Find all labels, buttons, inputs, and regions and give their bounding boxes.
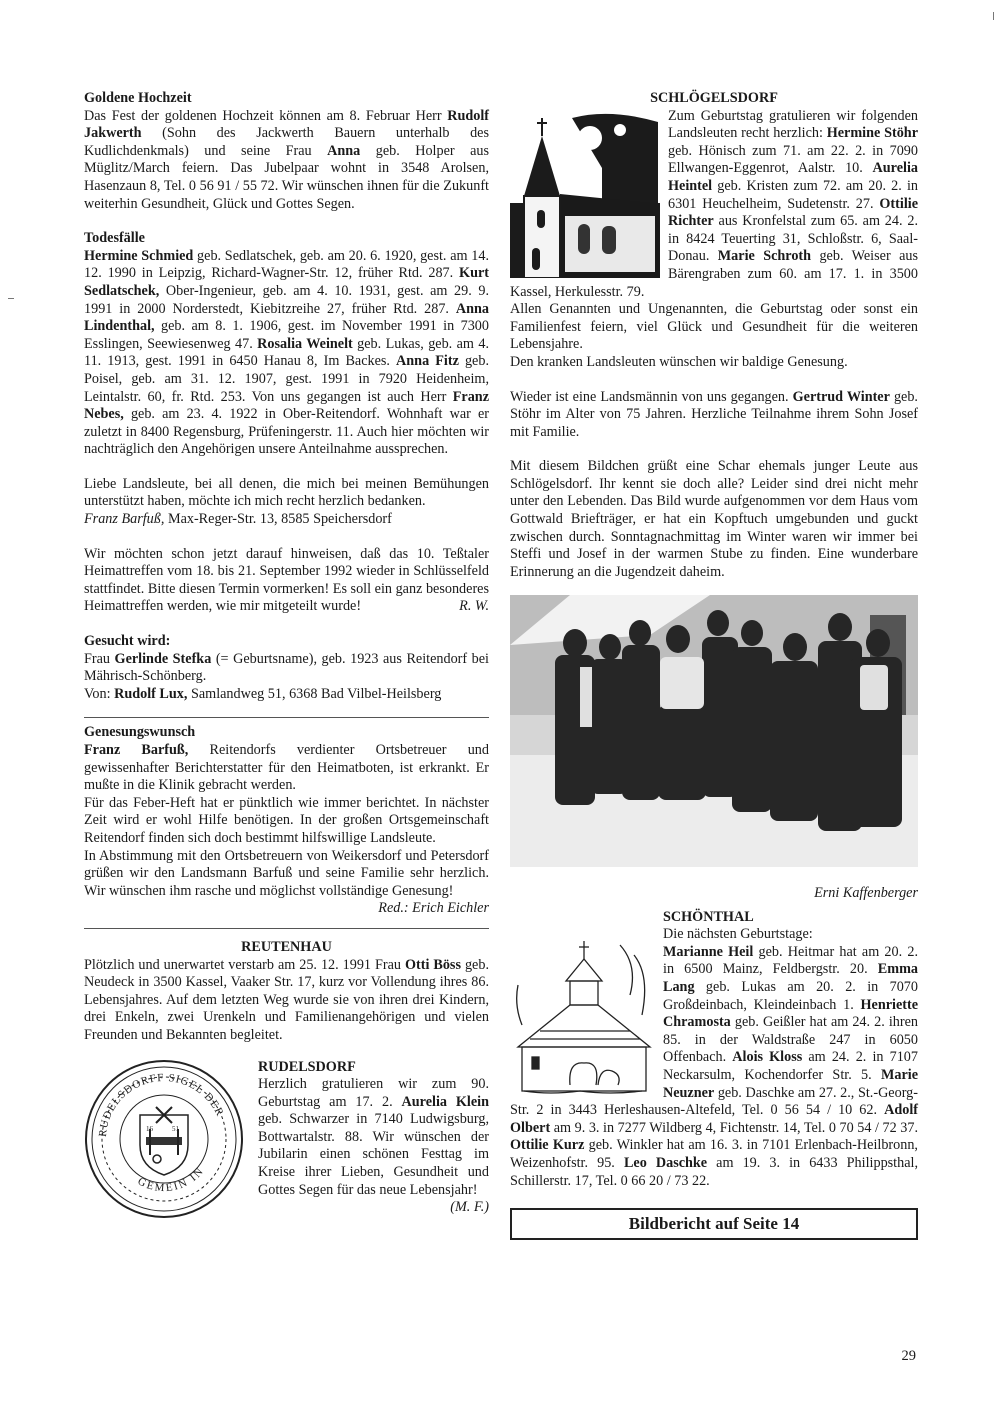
- text: In Abstimmung mit den Ortsbetreuern von …: [84, 848, 489, 899]
- heading-gesucht: Gesucht wird:: [84, 633, 489, 651]
- signature-line: Franz Barfuß, Max-Reger-Str. 13, 8585 Sp…: [84, 511, 489, 529]
- name-bold: Leo Daschke: [624, 1155, 707, 1171]
- name-bold: Hermine Schmied: [84, 248, 193, 264]
- name-bold: Gerlinde Stefka: [115, 651, 212, 667]
- text: Frau Gerlinde Stefka (= Geburtsname), ge…: [84, 651, 489, 686]
- heading-schloegelsdorf: SCHLÖGELSDORF: [510, 90, 918, 108]
- text: am 9. 3. in 7277 Wildberg 4, Fichtenstr.…: [550, 1120, 918, 1136]
- text: Liebe Landsleute, bei all denen, die mic…: [84, 476, 489, 511]
- name-bold: Marie Schroth: [718, 248, 811, 264]
- corner-mark: [993, 12, 994, 20]
- heading-schoenthal: SCHÖNTHAL: [510, 909, 918, 927]
- text: geb. Schwarzer in 7140 Ludwigsburg, Bott…: [258, 1111, 489, 1197]
- article-dank: Liebe Landsleute, bei all denen, die mic…: [84, 476, 489, 529]
- text: geb. am 23. 4. 1922 in Ober-Reitendorf. …: [84, 406, 489, 457]
- text: Das Fest der goldenen Hochzeit können am…: [84, 108, 447, 124]
- name-bold: Gertrud Winter: [793, 389, 890, 405]
- article-rudelsdorf: 16 51 RUDELSDORFF SIGEL DER GEMEIN IN RU…: [84, 1059, 489, 1219]
- text: Von: Rudolf Lux, Samlandweg 51, 6368 Bad…: [84, 686, 489, 704]
- text: Für das Feber-Heft hat er pünktlich wie …: [84, 795, 489, 848]
- heading-goldene-hochzeit: Goldene Hochzeit: [84, 90, 489, 108]
- text: Plötzlich und unerwartet verstarb am 25.…: [84, 957, 489, 1045]
- right-column: SCHLÖGELSDORF Zum Geburtstag gratulieren…: [510, 90, 918, 1240]
- article-reutenhau: REUTENHAU Plötzlich und unerwartet verst…: [84, 939, 489, 1045]
- name-bold: Alois Kloss: [732, 1049, 802, 1065]
- text: Allen Genannten und Ungenannten, die Geb…: [510, 301, 918, 354]
- text: Wieder ist eine Landsmännin von uns gega…: [510, 389, 918, 442]
- divider: [84, 717, 489, 718]
- body-todesfaelle: Hermine Schmied geb. Sedlatschek, geb. a…: [84, 248, 489, 459]
- bildbericht-box: Bildbericht auf Seite 14: [510, 1208, 918, 1240]
- seal-text-bottom: GEMEIN IN: [136, 1164, 207, 1194]
- name-bold: Hermine Stöhr: [827, 125, 918, 141]
- heading-todesfaelle: Todesfälle: [84, 230, 489, 248]
- margin-mark: [8, 298, 14, 299]
- rudelsdorf-seal-image: 16 51 RUDELSDORFF SIGEL DER GEMEIN IN: [84, 1059, 244, 1219]
- text: Samlandweg 51, 6368 Bad Vilbel-Heilsberg: [187, 686, 441, 702]
- text: Wieder ist eine Landsmännin von uns gega…: [510, 389, 793, 405]
- photo-credit: Erni Kaffenberger: [510, 885, 918, 903]
- article-bildchen: Mit diesem Bildchen grüßt eine Schar ehe…: [510, 458, 918, 902]
- text: Von:: [84, 686, 114, 702]
- church-illustration: [510, 108, 660, 278]
- article-schloegelsdorf: SCHLÖGELSDORF Zum Geburtstag gratulieren…: [510, 90, 918, 372]
- address: Max-Reger-Str. 13, 8585 Speichersdorf: [164, 511, 391, 527]
- article-genesungswunsch: Genesungswunsch Franz Barfuß, Reitendorf…: [84, 724, 489, 918]
- divider: [84, 928, 489, 929]
- text: In Abstimmung mit den Ortsbetreuern von …: [84, 848, 489, 901]
- seal-year-right: 51: [172, 1125, 180, 1133]
- name-bold: Otti Böss: [405, 957, 461, 973]
- text: Frau: [84, 651, 115, 667]
- article-todesfaelle: Todesfälle Hermine Schmied geb. Sedlatsc…: [84, 230, 489, 459]
- name-bold: Rudolf Lux,: [114, 686, 187, 702]
- signature: R. W.: [459, 598, 489, 616]
- text: Plötzlich und unerwartet verstarb am 25.…: [84, 957, 405, 973]
- signature: Red.: Erich Eichler: [378, 900, 489, 918]
- name-bold: Marianne Heil: [663, 944, 753, 960]
- page-number: 29: [902, 1348, 917, 1365]
- author-italic: Franz Barfuß,: [84, 511, 164, 527]
- name-bold: Ottilie Kurz: [510, 1137, 584, 1153]
- heading-reutenhau: REUTENHAU: [84, 939, 489, 957]
- text: Mit diesem Bildchen grüßt eine Schar ehe…: [510, 458, 918, 581]
- name-bold: Anna: [327, 143, 360, 159]
- body-goldene-hochzeit: Das Fest der goldenen Hochzeit können am…: [84, 108, 489, 214]
- text: Den kranken Landsleuten wünschen wir bal…: [510, 354, 918, 372]
- heading-genesungswunsch: Genesungswunsch: [84, 724, 489, 742]
- name-bold: Anna Fitz: [396, 353, 459, 369]
- signature: (M. F.): [450, 1199, 489, 1217]
- article-schoenthal: SCHÖNTHAL Die nächsten Geburtstage: Mari…: [510, 909, 918, 1191]
- text: Wir möchten schon jetzt darauf hinweisen…: [84, 546, 489, 615]
- text: Franz Barfuß, Reitendorfs verdienter Ort…: [84, 742, 489, 795]
- name-bold: Franz Barfuß,: [84, 742, 188, 758]
- article-gesucht: Gesucht wird: Frau Gerlinde Stefka (= Ge…: [84, 633, 489, 703]
- chapel-illustration: [510, 935, 655, 1100]
- article-gertrud-winter: Wieder ist eine Landsmännin von uns gega…: [510, 389, 918, 442]
- name-bold: Aurelia Klein: [402, 1094, 489, 1110]
- left-column: Goldene Hochzeit Das Fest der goldenen H…: [84, 90, 489, 1219]
- name-bold: Rosalia Weinelt: [257, 336, 353, 352]
- article-heimattreffen: Wir möchten schon jetzt darauf hinweisen…: [84, 546, 489, 616]
- article-goldene-hochzeit: Goldene Hochzeit Das Fest der goldenen H…: [84, 90, 489, 213]
- seal-year-left: 16: [146, 1125, 154, 1133]
- group-photo: [510, 595, 918, 867]
